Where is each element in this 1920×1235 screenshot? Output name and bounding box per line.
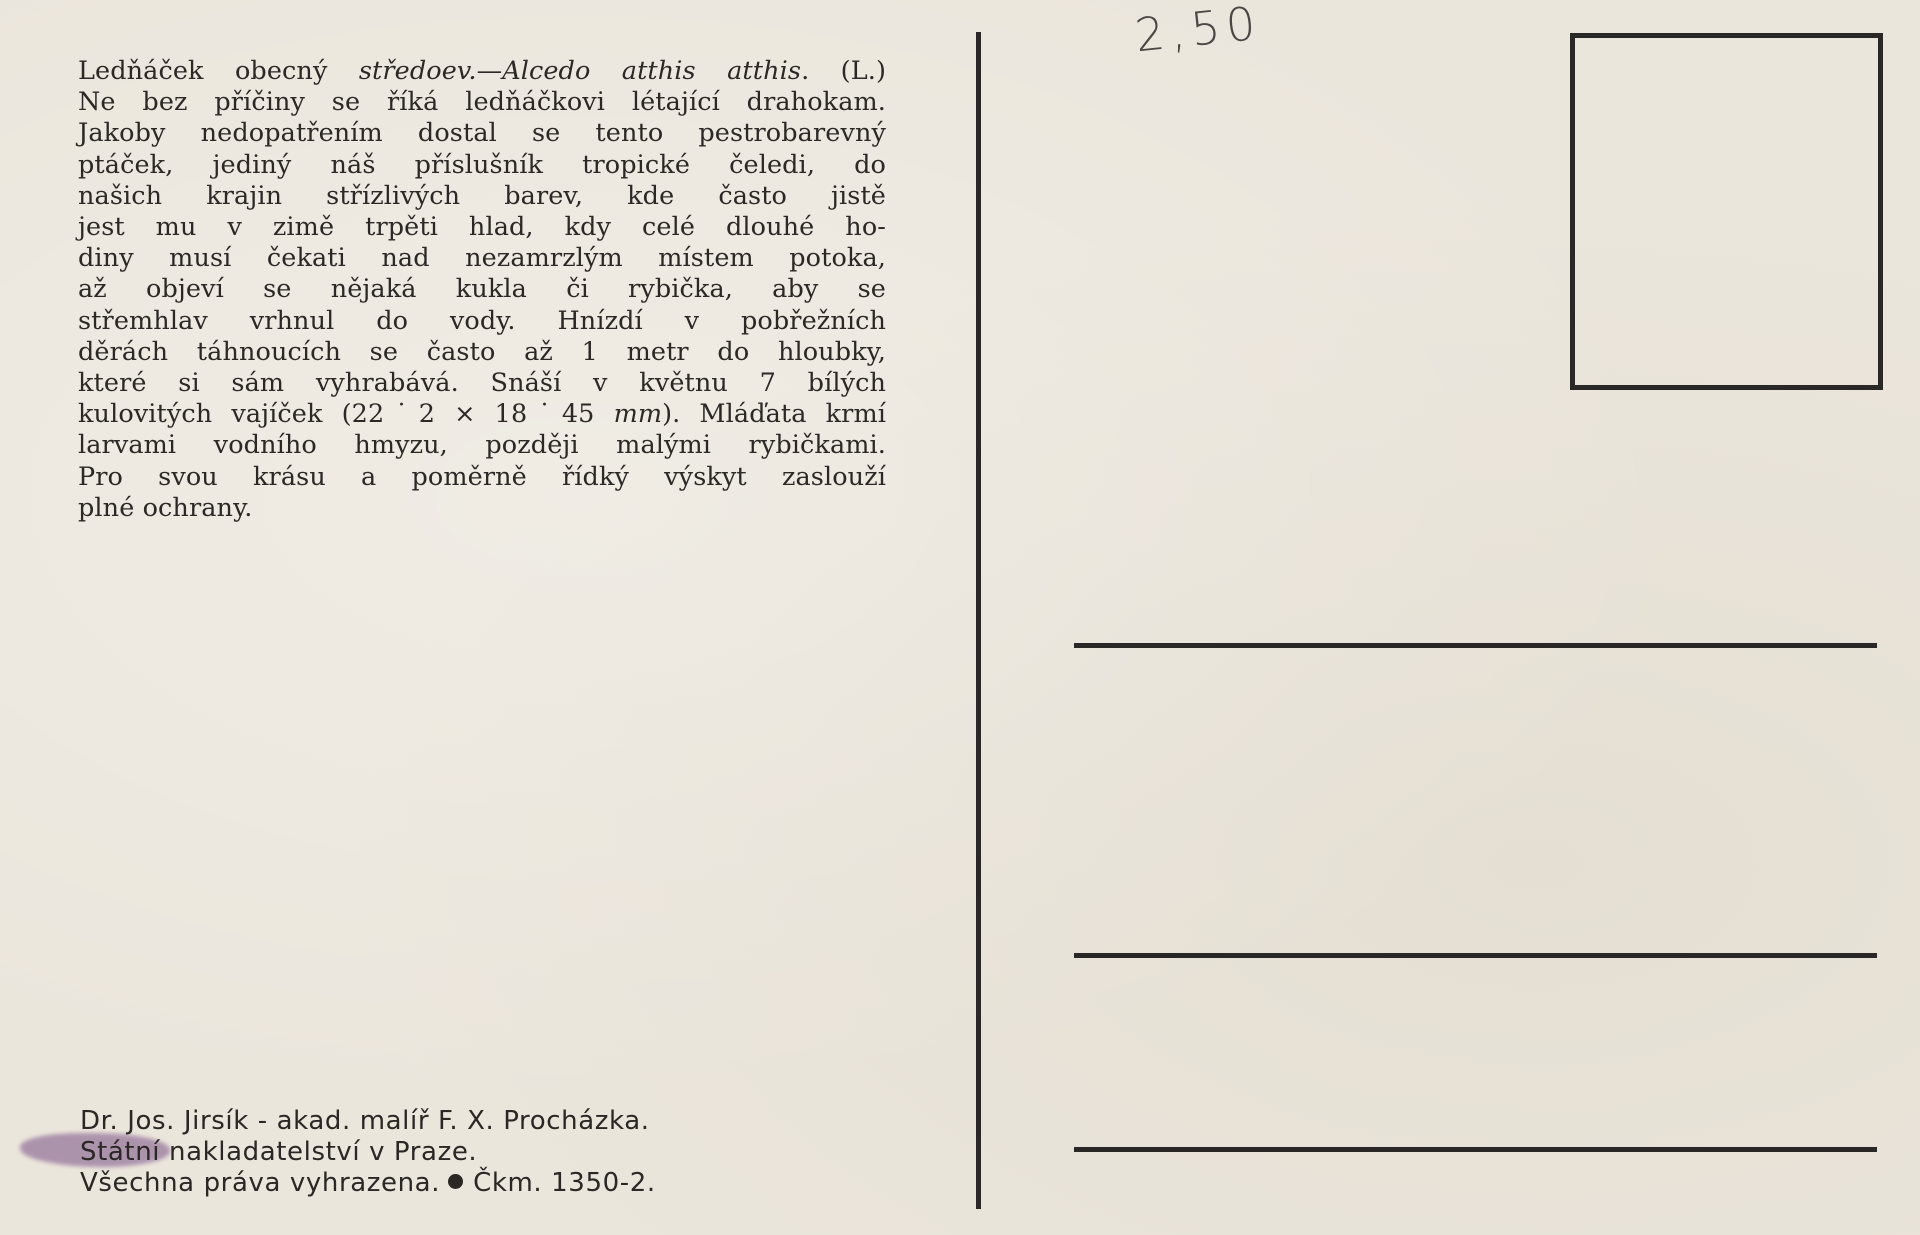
postcard-back: 2,50 Ledňáček obecný středoev.—Alcedo at… [0, 0, 1920, 1235]
address-line-2 [1074, 953, 1877, 958]
publisher-logo-icon [448, 1174, 463, 1189]
egg-unit: mm [614, 399, 663, 429]
address-line-3 [1074, 1147, 1877, 1152]
rights-text: Všechna práva vyhrazena. [80, 1168, 440, 1198]
description-line: jest mu v zimě trpěti hlad, kdy celé dlo… [78, 212, 886, 243]
description-line: Ne bez příčiny se říká ledňáčkovi létají… [78, 87, 886, 118]
author-citation: . (L.) [801, 56, 886, 86]
description-line-eggs: kulovitých vajíček (22˙2 × 18˙45 mm). Ml… [78, 399, 886, 430]
description-line: Jakoby nedopatřením dostal se tento pest… [78, 118, 886, 149]
address-line-1 [1074, 643, 1877, 648]
description-line: děrách táhnoucích se často až 1 metr do … [78, 337, 886, 368]
description-line: ptáček, jediný náš příslušník tropické č… [78, 150, 886, 181]
credit-publisher: Státní nakladatelství v Praze. [80, 1137, 656, 1168]
species-description: Ledňáček obecný středoev.—Alcedo atthis … [78, 56, 886, 524]
description-line: střemhlav vrhnul do vody. Hnízdí v pobře… [78, 306, 886, 337]
center-divider-line [976, 32, 981, 1209]
credit-rights: Všechna práva vyhrazena.Čkm. 1350-2. [80, 1168, 656, 1199]
common-name: Ledňáček obecný [78, 56, 359, 86]
catalog-code: Čkm. 1350-2. [473, 1168, 656, 1198]
description-line: plné ochrany. [78, 493, 886, 524]
description-line: larvami vodního hmyzu, později malými ry… [78, 430, 886, 461]
description-line: Pro svou krásu a poměrně řídký výskyt za… [78, 462, 886, 493]
handwritten-price: 2,50 [1133, 0, 1264, 62]
stamp-placeholder-box [1570, 33, 1883, 390]
description-line: až objeví se nějaká kukla či rybička, ab… [78, 274, 886, 305]
description-line: diny musí čekati nad nezamrzlým místem p… [78, 243, 886, 274]
description-title: Ledňáček obecný středoev.—Alcedo atthis … [78, 56, 886, 87]
egg-text: kulovitých vajíček (22˙2 × 18˙45 [78, 399, 614, 429]
description-line: našich krajin střízlivých barev, kde čas… [78, 181, 886, 212]
publisher-credits: Dr. Jos. Jirsík - akad. malíř F. X. Proc… [80, 1106, 656, 1199]
credit-authors: Dr. Jos. Jirsík - akad. malíř F. X. Proc… [80, 1106, 656, 1137]
description-line: které si sám vyhrabává. Snáší v květnu 7… [78, 368, 886, 399]
egg-text-after: ). Mláďata krmí [662, 399, 886, 429]
scientific-name: středoev.—Alcedo atthis atthis [359, 56, 801, 86]
